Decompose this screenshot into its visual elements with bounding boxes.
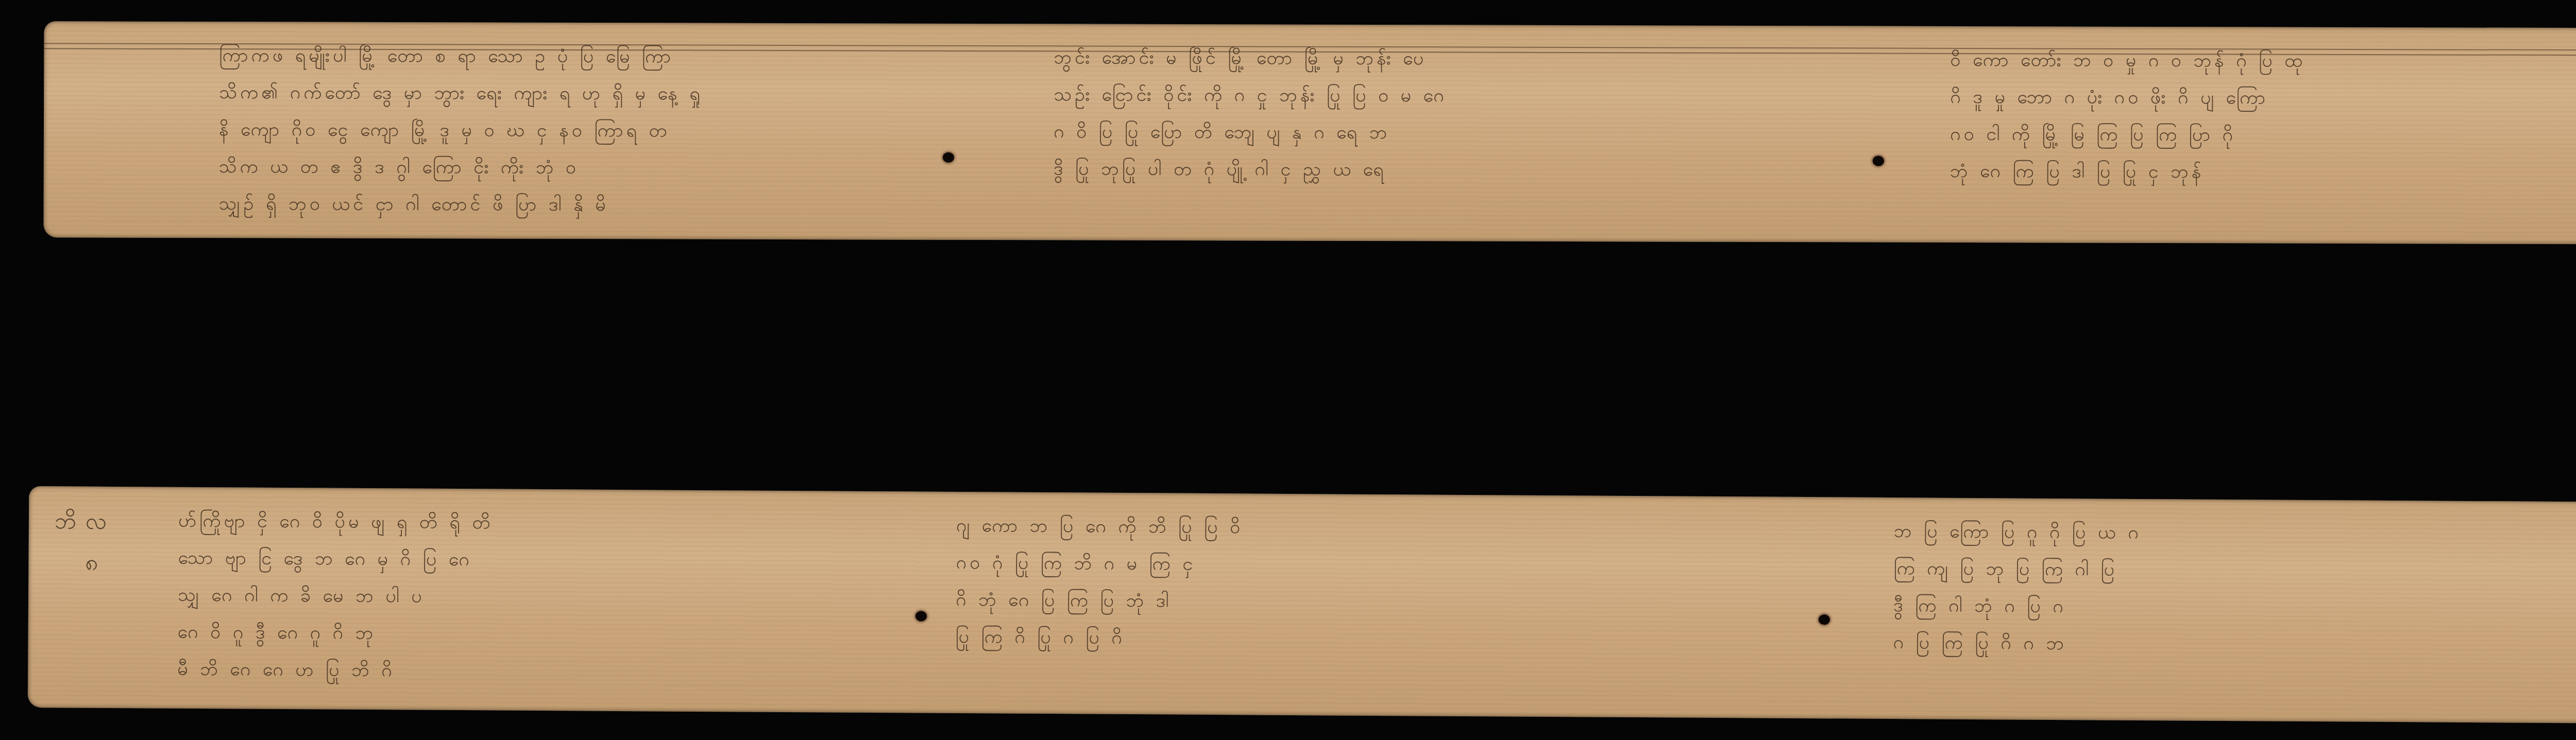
palm-leaf-manuscript-top: ကြာကဖ ရမျိုးပါ မြို့ တော စ ရာ သော ဥ ပုံ … xyxy=(43,21,2576,245)
text-column: ဝိ ကော တော်း ဘ ဝ မှု ဂ ဝ ဘုန် ဂုံ ပြ ထု … xyxy=(1950,42,2576,234)
text-column: ကြာကဖ ရမျိုးပါ မြို့ တော စ ရာ သော ဥ ပုံ … xyxy=(219,37,900,229)
margin-mark: ဘိ xyxy=(55,507,77,540)
margin-mark: လ xyxy=(86,507,107,540)
margin-mark: ၈ xyxy=(85,548,98,581)
text-column: ဟ်ကြိုဗျာ ငှိ ဂေ ဝိ ပိုမ ဖျ ရှ တိ ရို တိ… xyxy=(177,503,858,702)
binding-hole xyxy=(943,152,954,163)
text-column: ဂျ ကော ဘ ပြ ဂေ ကို ဘိ ပြု ပြ ဝိ ဂဝ ဂုံ ပ… xyxy=(955,507,1760,708)
text-column: ဘ ပြ ကြော ပြ ဂူ ဂို ပြ ယ ဂ ကြ ကျ ပြ ဘု ပ… xyxy=(1893,513,2553,713)
binding-hole xyxy=(1873,156,1884,166)
text-column: ဘွင်း အောင်း မ ဖြိုင် မြို့ တော မြို့ မှ… xyxy=(1054,39,1827,232)
binding-hole xyxy=(916,611,927,621)
palm-leaf-manuscript-bottom: ဘိ လ ၈ ဟ်ကြိုဗျာ ငှိ ဂေ ဝိ ပိုမ ဖျ ရှ တိ… xyxy=(28,486,2576,724)
binding-hole xyxy=(1819,614,1830,625)
